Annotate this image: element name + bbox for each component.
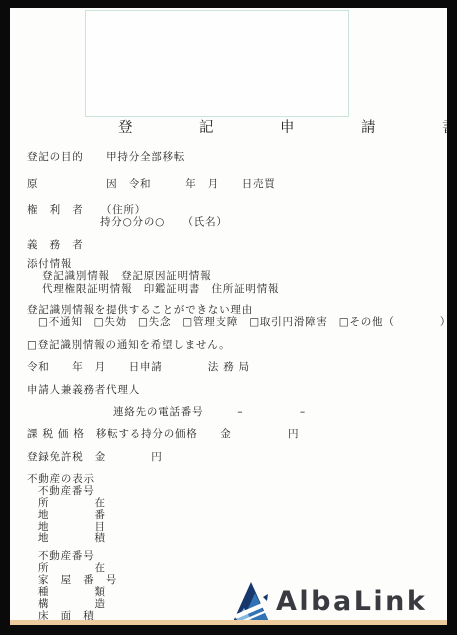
building-type-row: 種 類 (38, 587, 106, 598)
land-category-row: 地 目 (38, 522, 106, 533)
registration-application-document: 登 記 申 請 書 登記の目的 甲持分全部移転 原 因 令和 年 月 日売買 権… (0, 0, 457, 635)
purpose-line: 登記の目的 甲持分全部移転 (27, 152, 185, 163)
right-holder-line: 権 利 者 （住所） (27, 205, 146, 216)
cause-line: 原 因 令和 年 月 日売買 (27, 179, 276, 190)
property-display-heading: 不動産の表示 (27, 474, 95, 485)
building-location-row: 所 在 (38, 563, 106, 574)
attachments-item-line-1: 登記識別情報 登記原因証明情報 (42, 271, 212, 282)
building-structure-row: 構 造 (38, 599, 106, 610)
obligor-line: 義 務 者 (27, 240, 84, 251)
no-notification-checkbox-line: □登記識別情報の通知を希望しません。 (27, 340, 230, 351)
attachments-heading: 添付情報 (27, 259, 72, 270)
checkbox-management-obstacle: □管理支障 (182, 317, 238, 328)
land-property-number-row: 不動産番号 (38, 486, 95, 497)
application-date-line: 令和 年 月 日申請 法 務 局 (27, 362, 250, 373)
applicant-agent-line: 申請人兼義務者代理人 (27, 385, 140, 396)
attachments-item-line-2: 代理権限証明情報 印鑑証明書 住所証明情報 (42, 284, 279, 295)
checkbox-not-notified: □不通知 (38, 317, 83, 328)
contact-phone-line: 連絡先の電話番号 – – (113, 407, 306, 418)
land-area-row: 地 積 (38, 533, 106, 544)
building-house-number-row: 家 屋 番 号 (38, 575, 117, 586)
checkbox-expired: □失効 (94, 317, 127, 328)
stamp-box (85, 10, 349, 117)
no-id-reason-options-row: □不通知 □失効 □失念 □管理支障 □取引円滑障害 □その他（ ） (38, 317, 457, 328)
bottom-accent-strip (10, 620, 447, 625)
land-location-row: 所 在 (38, 498, 106, 509)
building-property-number-row: 不動産番号 (38, 551, 95, 562)
albalink-logo-text: AlbaLink (276, 588, 427, 615)
right-holder-share-line: 持分○分の○ （氏名） (100, 217, 228, 228)
registration-tax-line: 登録免許税 金 円 (27, 452, 163, 463)
land-lot-number-row: 地 番 (38, 510, 106, 521)
checkbox-forgotten: □失念 (138, 317, 171, 328)
document-title: 登 記 申 請 書 (118, 121, 457, 136)
tax-price-line: 課 税 価 格 移転する持分の価格 金 円 (27, 429, 299, 440)
checkbox-transaction-obstacle: □取引円滑障害 (249, 317, 328, 328)
no-id-reason-heading: 登記識別情報を提供することができない理由 (27, 305, 253, 316)
mountain-logo-icon (232, 581, 272, 625)
checkbox-other: □その他（ ） (339, 317, 451, 328)
